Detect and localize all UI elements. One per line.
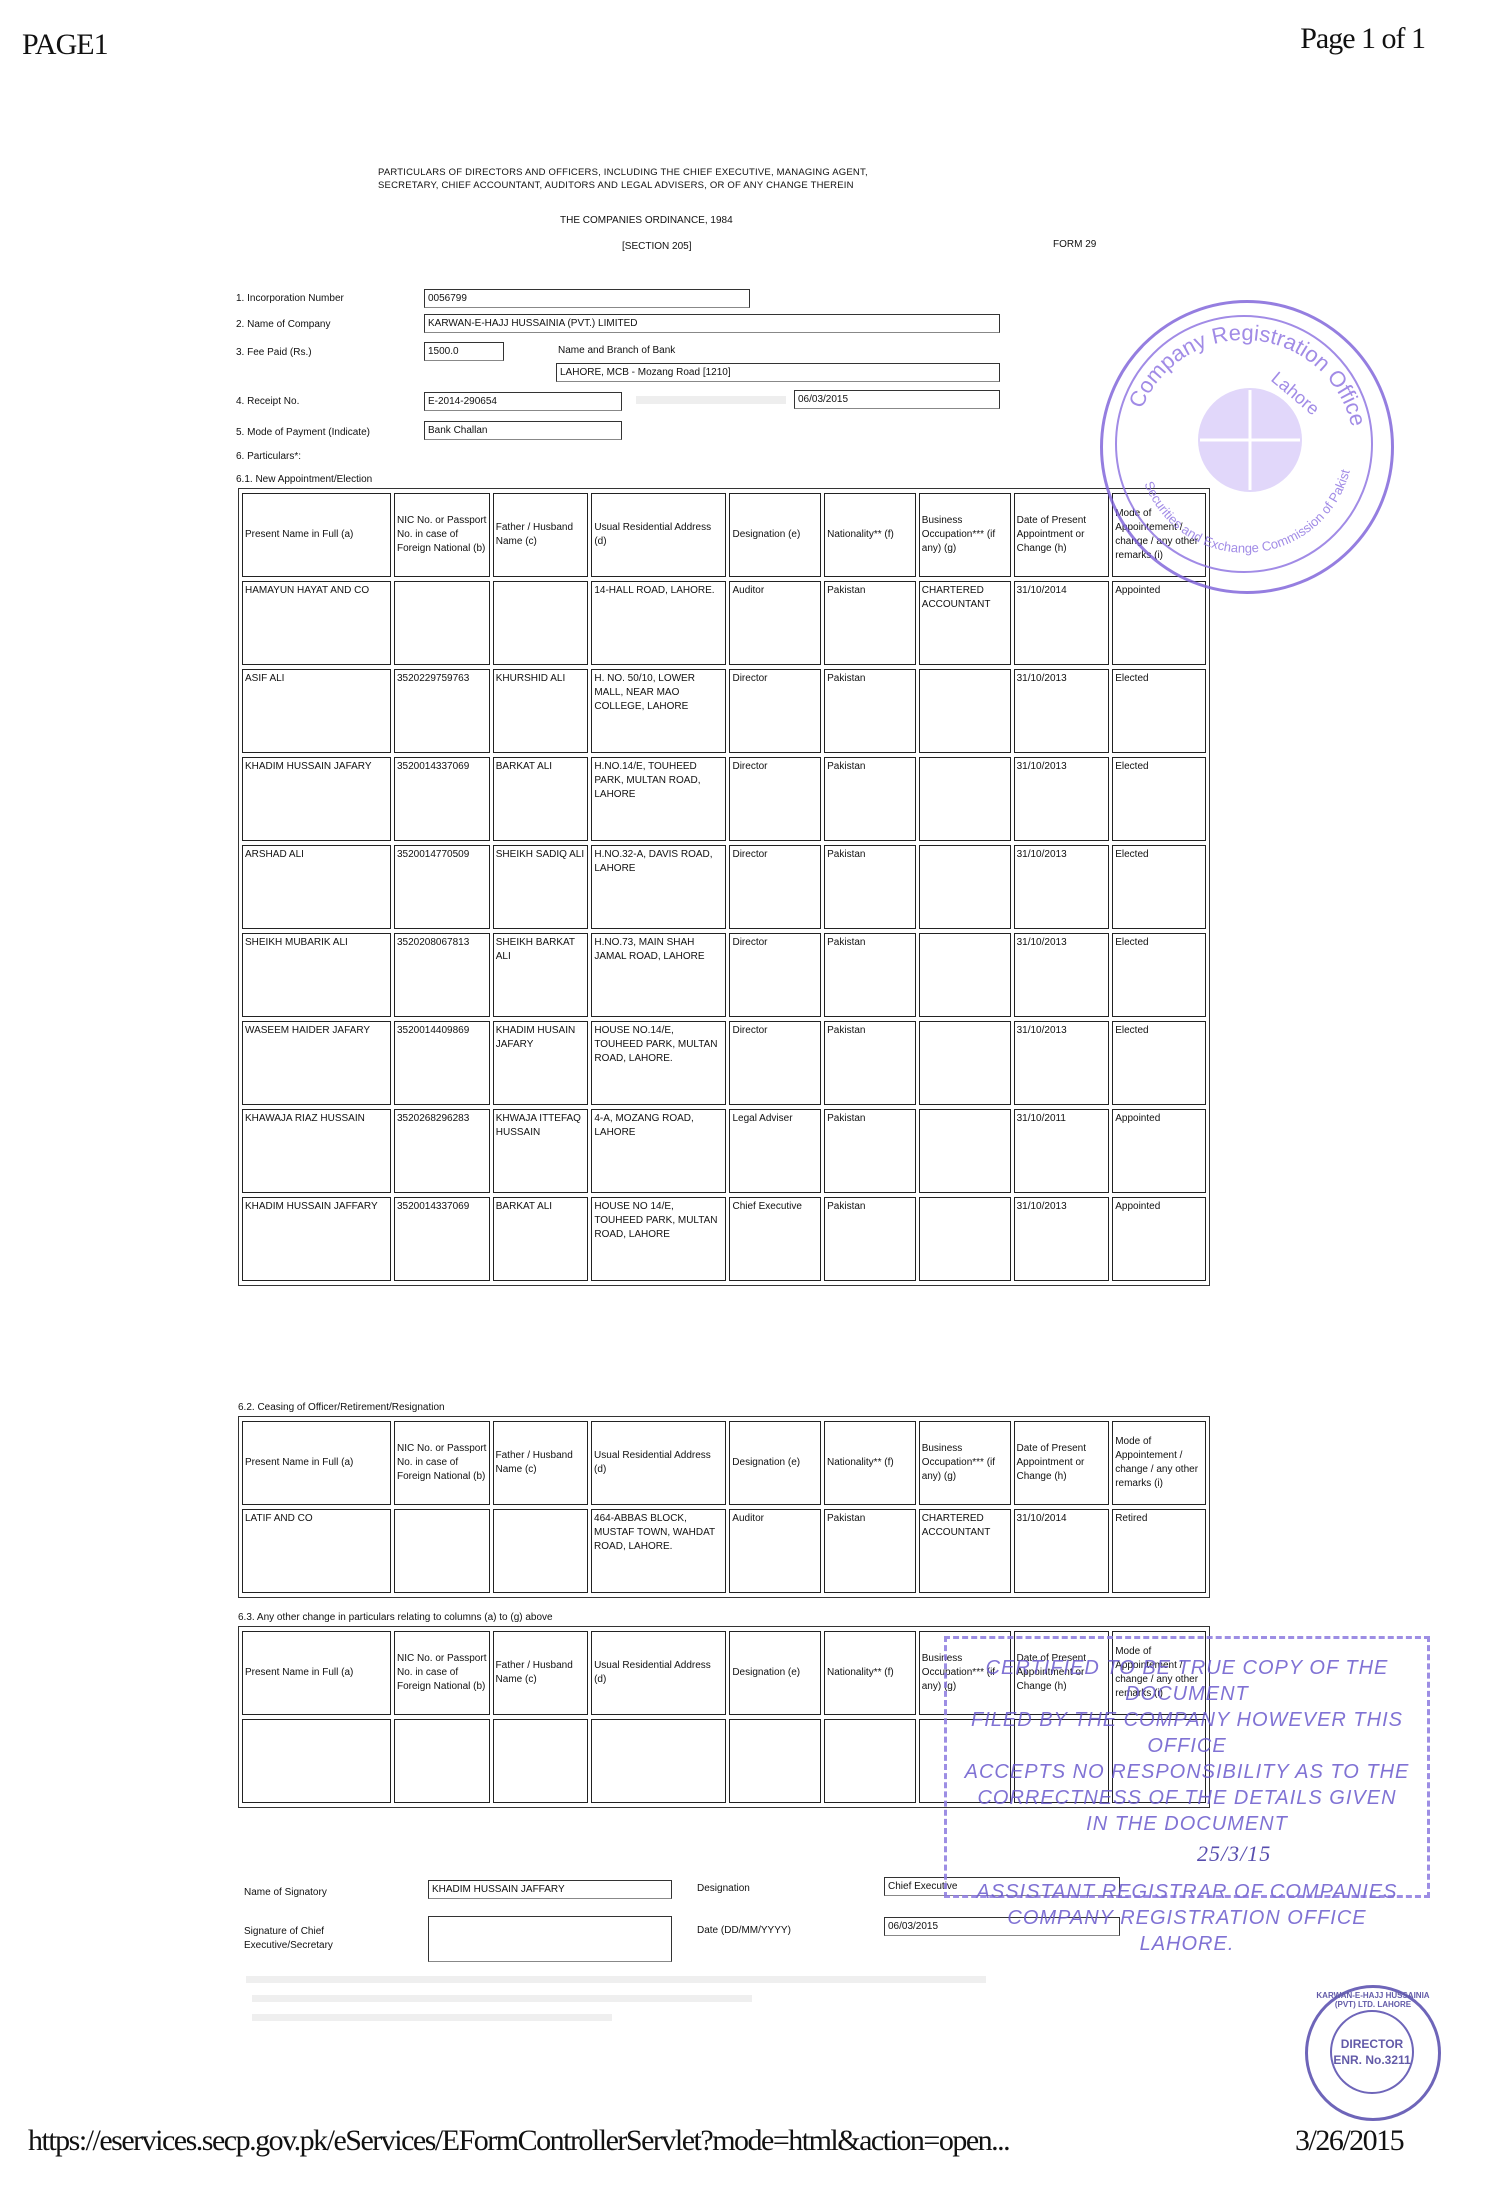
cell-nationality[interactable]: Pakistan <box>824 1021 916 1105</box>
stamp-line: FILED BY THE COMPANY HOWEVER THIS OFFICE <box>947 1707 1427 1759</box>
cell-occupation[interactable] <box>919 933 1011 1017</box>
payment-mode-label: 5. Mode of Payment (Indicate) <box>236 427 370 438</box>
cell-name[interactable]: SHEIKH MUBARIK ALI <box>242 933 391 1017</box>
table-row: LATIF AND CO464-ABBAS BLOCK, MUSTAF TOWN… <box>242 1509 1206 1593</box>
company-seal-line2: ENR. No.3211 <box>1332 2052 1412 2068</box>
cell-occupation[interactable]: CHARTERED ACCOUNTANT <box>919 1509 1011 1593</box>
receipt-label: 4. Receipt No. <box>236 396 299 407</box>
cell-address[interactable]: 4-A, MOZANG ROAD, LAHORE <box>591 1109 726 1193</box>
cell-nationality[interactable] <box>824 1719 916 1803</box>
stamp-line: ACCEPTS NO RESPONSIBILITY AS TO THE <box>947 1759 1427 1785</box>
footer-url: https://eservices.secp.gov.pk/eServices/… <box>28 2124 1009 2158</box>
form-title-line2: SECRETARY, CHIEF ACCOUNTANT, AUDITORS AN… <box>378 179 868 192</box>
cell-date[interactable]: 31/10/2013 <box>1014 1021 1110 1105</box>
particulars-label: 6. Particulars*: <box>236 451 301 462</box>
signature-date: 25/3/15 <box>1197 1841 1271 1867</box>
cell-address[interactable] <box>591 1719 726 1803</box>
cell-address[interactable]: 464-ABBAS BLOCK, MUSTAF TOWN, WAHDAT ROA… <box>591 1509 726 1593</box>
cell-date[interactable]: 31/10/2011 <box>1014 1109 1110 1193</box>
cell-nic[interactable]: 3520014409869 <box>394 1021 490 1105</box>
cell-mode[interactable]: Elected <box>1112 845 1206 929</box>
section-6-3-title: 6.3. Any other change in particulars rel… <box>238 1612 553 1623</box>
cell-nic[interactable]: 3520208067813 <box>394 933 490 1017</box>
page-count: Page 1 of 1 <box>1300 22 1425 56</box>
cell-name[interactable]: WASEEM HAIDER JAFARY <box>242 1021 391 1105</box>
signature-label: Signature of Chief Executive/Secretary <box>244 1925 364 1953</box>
cell-nationality[interactable]: Pakistan <box>824 669 916 753</box>
footnote-3 <box>252 2014 612 2021</box>
column-header-nic: NIC No. or Passport No. in case of Forei… <box>394 493 490 577</box>
stamp-line: COMPANY REGISTRATION OFFICE <box>947 1905 1427 1931</box>
page-label: PAGE1 <box>22 28 108 62</box>
table-row: HAMAYUN HAYAT AND CO14-HALL ROAD, LAHORE… <box>242 581 1206 665</box>
section-number: [SECTION 205] <box>622 241 691 252</box>
table-row: SHEIKH MUBARIK ALI3520208067813SHEIKH BA… <box>242 933 1206 1017</box>
cell-address[interactable]: H.NO.73, MAIN SHAH JAMAL ROAD, LAHORE <box>591 933 726 1017</box>
table-header-row: Present Name in Full (a)NIC No. or Passp… <box>242 493 1206 577</box>
column-header-address: Usual Residential Address (d) <box>591 1421 726 1505</box>
stamp-line: ASSISTANT REGISTRAR OF COMPANIES <box>947 1879 1427 1905</box>
signatory-name-label: Name of Signatory <box>244 1887 327 1898</box>
column-header-name: Present Name in Full (a) <box>242 1631 391 1715</box>
form-number: FORM 29 <box>1053 239 1096 250</box>
payment-mode-field[interactable]: Bank Challan <box>424 421 622 440</box>
column-header-nationality: Nationality** (f) <box>824 1631 916 1715</box>
table-row: ARSHAD ALI3520014770509SHEIKH SADIQ ALIH… <box>242 845 1206 929</box>
column-header-date: Date of Present Appointment or Change (h… <box>1014 1421 1110 1505</box>
cell-mode[interactable]: Appointed <box>1112 1109 1206 1193</box>
cell-occupation[interactable] <box>919 1109 1011 1193</box>
cell-father[interactable] <box>493 1719 589 1803</box>
column-header-occupation: Business Occupation*** (if any) (g) <box>919 1421 1011 1505</box>
cell-name[interactable]: HAMAYUN HAYAT AND CO <box>242 581 391 665</box>
signatory-name-field[interactable]: KHADIM HUSSAIN JAFFARY <box>428 1880 672 1899</box>
footnote-2 <box>252 1995 752 2002</box>
column-header-designation: Designation (e) <box>729 1631 821 1715</box>
cell-nic[interactable] <box>394 581 490 665</box>
cell-occupation[interactable] <box>919 845 1011 929</box>
cell-date[interactable]: 31/10/2013 <box>1014 845 1110 929</box>
column-header-nic: NIC No. or Passport No. in case of Forei… <box>394 1421 490 1505</box>
column-header-name: Present Name in Full (a) <box>242 493 391 577</box>
cell-address[interactable]: H.NO.14/E, TOUHEED PARK, MULTAN ROAD, LA… <box>591 757 726 841</box>
section-6-1-title: 6.1. New Appointment/Election <box>236 474 372 485</box>
cell-father[interactable]: KHADIM HUSAIN JAFARY <box>493 1021 589 1105</box>
column-header-mode: Mode of Appointement / change / any othe… <box>1112 1421 1206 1505</box>
date-label: Date (DD/MM/YYYY) <box>697 1925 791 1936</box>
form-title: PARTICULARS OF DIRECTORS AND OFFICERS, I… <box>378 166 868 192</box>
cell-father[interactable] <box>493 1509 589 1593</box>
designation-label: Designation <box>697 1883 750 1894</box>
cell-date[interactable]: 31/10/2013 <box>1014 1197 1110 1281</box>
cell-designation[interactable]: Auditor <box>729 1509 821 1593</box>
registry-seal-stamp: Company Registration Office Securities a… <box>1100 300 1394 594</box>
cell-mode[interactable]: Elected <box>1112 757 1206 841</box>
cell-occupation[interactable] <box>919 1021 1011 1105</box>
stamp-line: CERTIFIED TO BE TRUE COPY OF THE DOCUMEN… <box>947 1655 1427 1707</box>
column-header-father: Father / Husband Name (c) <box>493 1631 589 1715</box>
cell-date[interactable]: 31/10/2013 <box>1014 933 1110 1017</box>
cell-mode[interactable]: Retired <box>1112 1509 1206 1593</box>
form-title-line1: PARTICULARS OF DIRECTORS AND OFFICERS, I… <box>378 166 868 179</box>
column-header-father: Father / Husband Name (c) <box>493 493 589 577</box>
cell-designation[interactable]: Director <box>729 1021 821 1105</box>
cell-designation[interactable]: Chief Executive <box>729 1197 821 1281</box>
column-header-nic: NIC No. or Passport No. in case of Forei… <box>394 1631 490 1715</box>
fee-field[interactable]: 1500.0 <box>424 342 504 361</box>
column-header-date: Date of Present Appointment or Change (h… <box>1014 493 1110 577</box>
cell-nationality[interactable]: Pakistan <box>824 933 916 1017</box>
cell-occupation[interactable] <box>919 669 1011 753</box>
stamp-line: IN THE DOCUMENT <box>947 1811 1427 1837</box>
column-header-name: Present Name in Full (a) <box>242 1421 391 1505</box>
registrar-signature: 25/3/15 <box>947 1837 1427 1879</box>
cell-date[interactable]: 31/10/2014 <box>1014 1509 1110 1593</box>
cell-address[interactable]: 14-HALL ROAD, LAHORE. <box>591 581 726 665</box>
fee-label: 3. Fee Paid (Rs.) <box>236 347 312 358</box>
cell-designation[interactable]: Auditor <box>729 581 821 665</box>
cell-name[interactable]: KHADIM HUSSAIN JAFFARY <box>242 1197 391 1281</box>
column-header-address: Usual Residential Address (d) <box>591 493 726 577</box>
incorporation-label: 1. Incorporation Number <box>236 293 344 304</box>
company-name-label: 2. Name of Company <box>236 319 331 330</box>
cell-designation[interactable]: Director <box>729 669 821 753</box>
company-seal-ring-text: KARWAN-E-HAJJ HUSSAINIA (PVT) LTD. LAHOR… <box>1308 1991 1438 2009</box>
receipt-date-label-faint <box>636 396 786 404</box>
cell-designation[interactable]: Director <box>729 757 821 841</box>
cell-designation[interactable]: Legal Adviser <box>729 1109 821 1193</box>
column-header-occupation: Business Occupation*** (if any) (g) <box>919 493 1011 577</box>
cell-nic[interactable]: 3520014337069 <box>394 757 490 841</box>
cell-designation[interactable]: Director <box>729 933 821 1017</box>
footnote-1 <box>246 1976 986 1983</box>
column-header-designation: Designation (e) <box>729 493 821 577</box>
cell-occupation[interactable]: CHARTERED ACCOUNTANT <box>919 581 1011 665</box>
cell-nationality[interactable]: Pakistan <box>824 581 916 665</box>
table-row: KHADIM HUSSAIN JAFFARY3520014337069BARKA… <box>242 1197 1206 1281</box>
registrar-text: ASSISTANT REGISTRAR OF COMPANIESCOMPANY … <box>947 1879 1427 1957</box>
cell-nic[interactable]: 3520014770509 <box>394 845 490 929</box>
table-header-row: Present Name in Full (a)NIC No. or Passp… <box>242 1421 1206 1505</box>
cell-date[interactable]: 31/10/2013 <box>1014 757 1110 841</box>
cell-father[interactable]: SHEIKH BARKAT ALI <box>493 933 589 1017</box>
cell-father[interactable]: BARKAT ALI <box>493 757 589 841</box>
cell-nic[interactable] <box>394 1509 490 1593</box>
cell-name[interactable] <box>242 1719 391 1803</box>
cell-address[interactable]: HOUSE NO 14/E, TOUHEED PARK, MULTAN ROAD… <box>591 1197 726 1281</box>
section-6-2-title: 6.2. Ceasing of Officer/Retirement/Resig… <box>238 1402 445 1413</box>
bank-field[interactable]: LAHORE, MCB - Mozang Road [1210] <box>556 363 1000 382</box>
column-header-address: Usual Residential Address (d) <box>591 1631 726 1715</box>
cell-occupation[interactable] <box>919 757 1011 841</box>
company-director-seal: DIRECTOR ENR. No.3211 KARWAN-E-HAJJ HUSS… <box>1305 1985 1441 2121</box>
bank-label: Name and Branch of Bank <box>558 345 675 356</box>
table-row: KHADIM HUSSAIN JAFARY3520014337069BARKAT… <box>242 757 1206 841</box>
cell-name[interactable]: ARSHAD ALI <box>242 845 391 929</box>
cell-father[interactable]: KHWAJA ITTEFAQ HUSSAIN <box>493 1109 589 1193</box>
stamp-line: LAHORE. <box>947 1931 1427 1957</box>
signature-field[interactable] <box>428 1916 672 1962</box>
cell-father[interactable]: KHURSHID ALI <box>493 669 589 753</box>
column-header-designation: Designation (e) <box>729 1421 821 1505</box>
cell-father[interactable]: SHEIKH SADIQ ALI <box>493 845 589 929</box>
stamp-line: CORRECTNESS OF THE DETAILS GIVEN <box>947 1785 1427 1811</box>
cell-mode[interactable]: Appointed <box>1112 1197 1206 1281</box>
cell-nic[interactable]: 3520268296283 <box>394 1109 490 1193</box>
certification-text: CERTIFIED TO BE TRUE COPY OF THE DOCUMEN… <box>947 1655 1427 1837</box>
cell-name[interactable]: KHADIM HUSSAIN JAFARY <box>242 757 391 841</box>
company-name-field[interactable]: KARWAN-E-HAJJ HUSSAINIA (PVT.) LIMITED <box>424 314 1000 333</box>
cell-occupation[interactable] <box>919 1197 1011 1281</box>
cell-nationality[interactable]: Pakistan <box>824 757 916 841</box>
cell-nic[interactable]: 3520229759763 <box>394 669 490 753</box>
cell-mode[interactable]: Elected <box>1112 933 1206 1017</box>
cell-designation[interactable] <box>729 1719 821 1803</box>
cell-address[interactable]: H. NO. 50/10, LOWER MALL, NEAR MAO COLLE… <box>591 669 726 753</box>
receipt-date-field[interactable]: 06/03/2015 <box>794 390 1000 409</box>
cell-nic[interactable]: 3520014337069 <box>394 1197 490 1281</box>
company-seal-line1: DIRECTOR <box>1332 2036 1412 2052</box>
cell-mode[interactable]: Elected <box>1112 1021 1206 1105</box>
cell-date[interactable]: 31/10/2014 <box>1014 581 1110 665</box>
cell-name[interactable]: LATIF AND CO <box>242 1509 391 1593</box>
cell-address[interactable]: HOUSE NO.14/E, TOUHEED PARK, MULTAN ROAD… <box>591 1021 726 1105</box>
table-row: ASIF ALI3520229759763KHURSHID ALIH. NO. … <box>242 669 1206 753</box>
receipt-field[interactable]: E-2014-290654 <box>424 392 622 411</box>
cell-nic[interactable] <box>394 1719 490 1803</box>
ordinance: THE COMPANIES ORDINANCE, 1984 <box>560 215 733 226</box>
table-row: KHAWAJA RIAZ HUSSAIN3520268296283KHWAJA … <box>242 1109 1206 1193</box>
column-header-nationality: Nationality** (f) <box>824 493 916 577</box>
cell-nationality[interactable]: Pakistan <box>824 1197 916 1281</box>
footer-date: 3/26/2015 <box>1295 2124 1403 2158</box>
cell-nationality[interactable]: Pakistan <box>824 1509 916 1593</box>
incorporation-field[interactable]: 0056799 <box>424 289 750 308</box>
cell-date[interactable]: 31/10/2013 <box>1014 669 1110 753</box>
cell-father[interactable]: BARKAT ALI <box>493 1197 589 1281</box>
ceasing-officer-table: Present Name in Full (a)NIC No. or Passp… <box>238 1416 1210 1598</box>
cell-designation[interactable]: Director <box>729 845 821 929</box>
new-appointment-table: Present Name in Full (a)NIC No. or Passp… <box>238 488 1210 1286</box>
cell-father[interactable] <box>493 581 589 665</box>
table-row: WASEEM HAIDER JAFARY3520014409869KHADIM … <box>242 1021 1206 1105</box>
certification-stamp: CERTIFIED TO BE TRUE COPY OF THE DOCUMEN… <box>944 1636 1430 1898</box>
cell-mode[interactable]: Elected <box>1112 669 1206 753</box>
cell-nationality[interactable]: Pakistan <box>824 1109 916 1193</box>
column-header-father: Father / Husband Name (c) <box>493 1421 589 1505</box>
column-header-nationality: Nationality** (f) <box>824 1421 916 1505</box>
cell-mode[interactable]: Appointed <box>1112 581 1206 665</box>
cell-nationality[interactable]: Pakistan <box>824 845 916 929</box>
cell-name[interactable]: ASIF ALI <box>242 669 391 753</box>
cell-name[interactable]: KHAWAJA RIAZ HUSSAIN <box>242 1109 391 1193</box>
cell-address[interactable]: H.NO.32-A, DAVIS ROAD, LAHORE <box>591 845 726 929</box>
